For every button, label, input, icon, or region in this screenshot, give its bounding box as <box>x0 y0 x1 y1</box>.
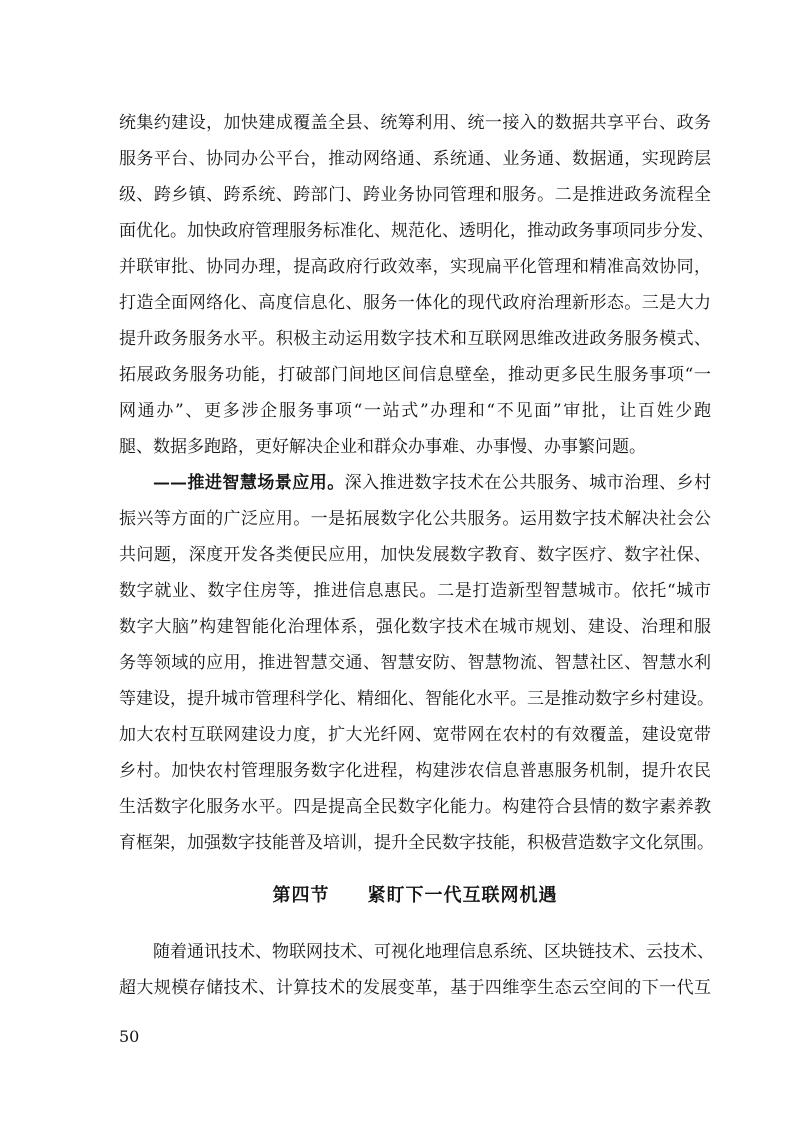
paragraph-line: 数字就业、数字住房等，推进信息惠民。二是打造新型智慧城市。依托“城市 <box>119 573 711 609</box>
paragraph-line: 网通办”、更多涉企服务事项“一站式”办理和“不见面”审批，让百姓少跑 <box>119 393 711 429</box>
paragraph-lead-rest: 深入推进数字技术在公共服务、城市治理、乡村 <box>345 473 711 493</box>
paragraph-line: 振兴等方面的广泛应用。一是拓展数字化公共服务。运用数字技术解决社会公 <box>119 501 711 537</box>
page-number: 50 <box>119 1026 139 1048</box>
paragraph-line: 加大农村互联网建设力度，扩大光纤网、宽带网在农村的有效覆盖，建设宽带 <box>119 717 711 753</box>
document-page: 统集约建设，加快建成覆盖全县、统筹利用、统一接入的数据共享平台、政务 服务平台、… <box>0 0 793 1122</box>
paragraph-line: 拓展政务服务功能，打破部门间地区间信息壁垒，推动更多民生服务事项“一 <box>119 357 711 393</box>
paragraph-line: 等建设，提升城市管理科学化、精细化、智能化水平。三是推动数字乡村建设。 <box>119 681 711 717</box>
paragraph-lead-bold: ——推进智慧场景应用。 <box>153 473 345 493</box>
paragraph-line: 腿、数据多跑路，更好解决企业和群众办事难、办事慢、办事繁问题。 <box>119 429 711 465</box>
paragraph-line: 共问题，深度开发各类便民应用，加快发展数字教育、数字医疗、数字社保、 <box>119 537 711 573</box>
paragraph-line: 务等领域的应用，推进智慧交通、智慧安防、智慧物流、智慧社区、智慧水利 <box>119 645 711 681</box>
body-text: 统集约建设，加快建成覆盖全县、统筹利用、统一接入的数据共享平台、政务 服务平台、… <box>119 105 711 1006</box>
paragraph-line: 统集约建设，加快建成覆盖全县、统筹利用、统一接入的数据共享平台、政务 <box>119 105 711 141</box>
paragraph-line: 超大规模存储技术、计算技术的发展变革，基于四维孪生态云空间的下一代互 <box>119 970 711 1006</box>
section-heading: 第四节 紧盯下一代互联网机遇 <box>119 878 711 914</box>
paragraph-line: 级、跨乡镇、跨系统、跨部门、跨业务协同管理和服务。二是推进政务流程全 <box>119 177 711 213</box>
paragraph-line: 提升政务服务水平。积极主动运用数字技术和互联网思维改进政务服务模式、 <box>119 321 711 357</box>
paragraph-line: 面优化。加快政府管理服务标准化、规范化、透明化，推动政务事项同步分发、 <box>119 213 711 249</box>
paragraph-line: 随着通讯技术、物联网技术、可视化地理信息系统、区块链技术、云技术、 <box>119 934 711 970</box>
paragraph-line: 打造全面网络化、高度信息化、服务一体化的现代政府治理新形态。三是大力 <box>119 285 711 321</box>
paragraph-line: 服务平台、协同办公平台，推动网络通、系统通、业务通、数据通，实现跨层 <box>119 141 711 177</box>
paragraph-line: 育框架，加强数字技能普及培训，提升全民数字技能，积极营造数字文化氛围。 <box>119 825 711 861</box>
paragraph-line: ——推进智慧场景应用。深入推进数字技术在公共服务、城市治理、乡村 <box>119 465 711 501</box>
paragraph-line: 生活数字化服务水平。四是提高全民数字化能力。构建符合县情的数字素养教 <box>119 789 711 825</box>
paragraph-line: 并联审批、协同办理，提高政府行政效率，实现扁平化管理和精准高效协同， <box>119 249 711 285</box>
paragraph-line: 乡村。加快农村管理服务数字化进程，构建涉农信息普惠服务机制，提升农民 <box>119 753 711 789</box>
paragraph-line: 数字大脑”构建智能化治理体系，强化数字技术在城市规划、建设、治理和服 <box>119 609 711 645</box>
